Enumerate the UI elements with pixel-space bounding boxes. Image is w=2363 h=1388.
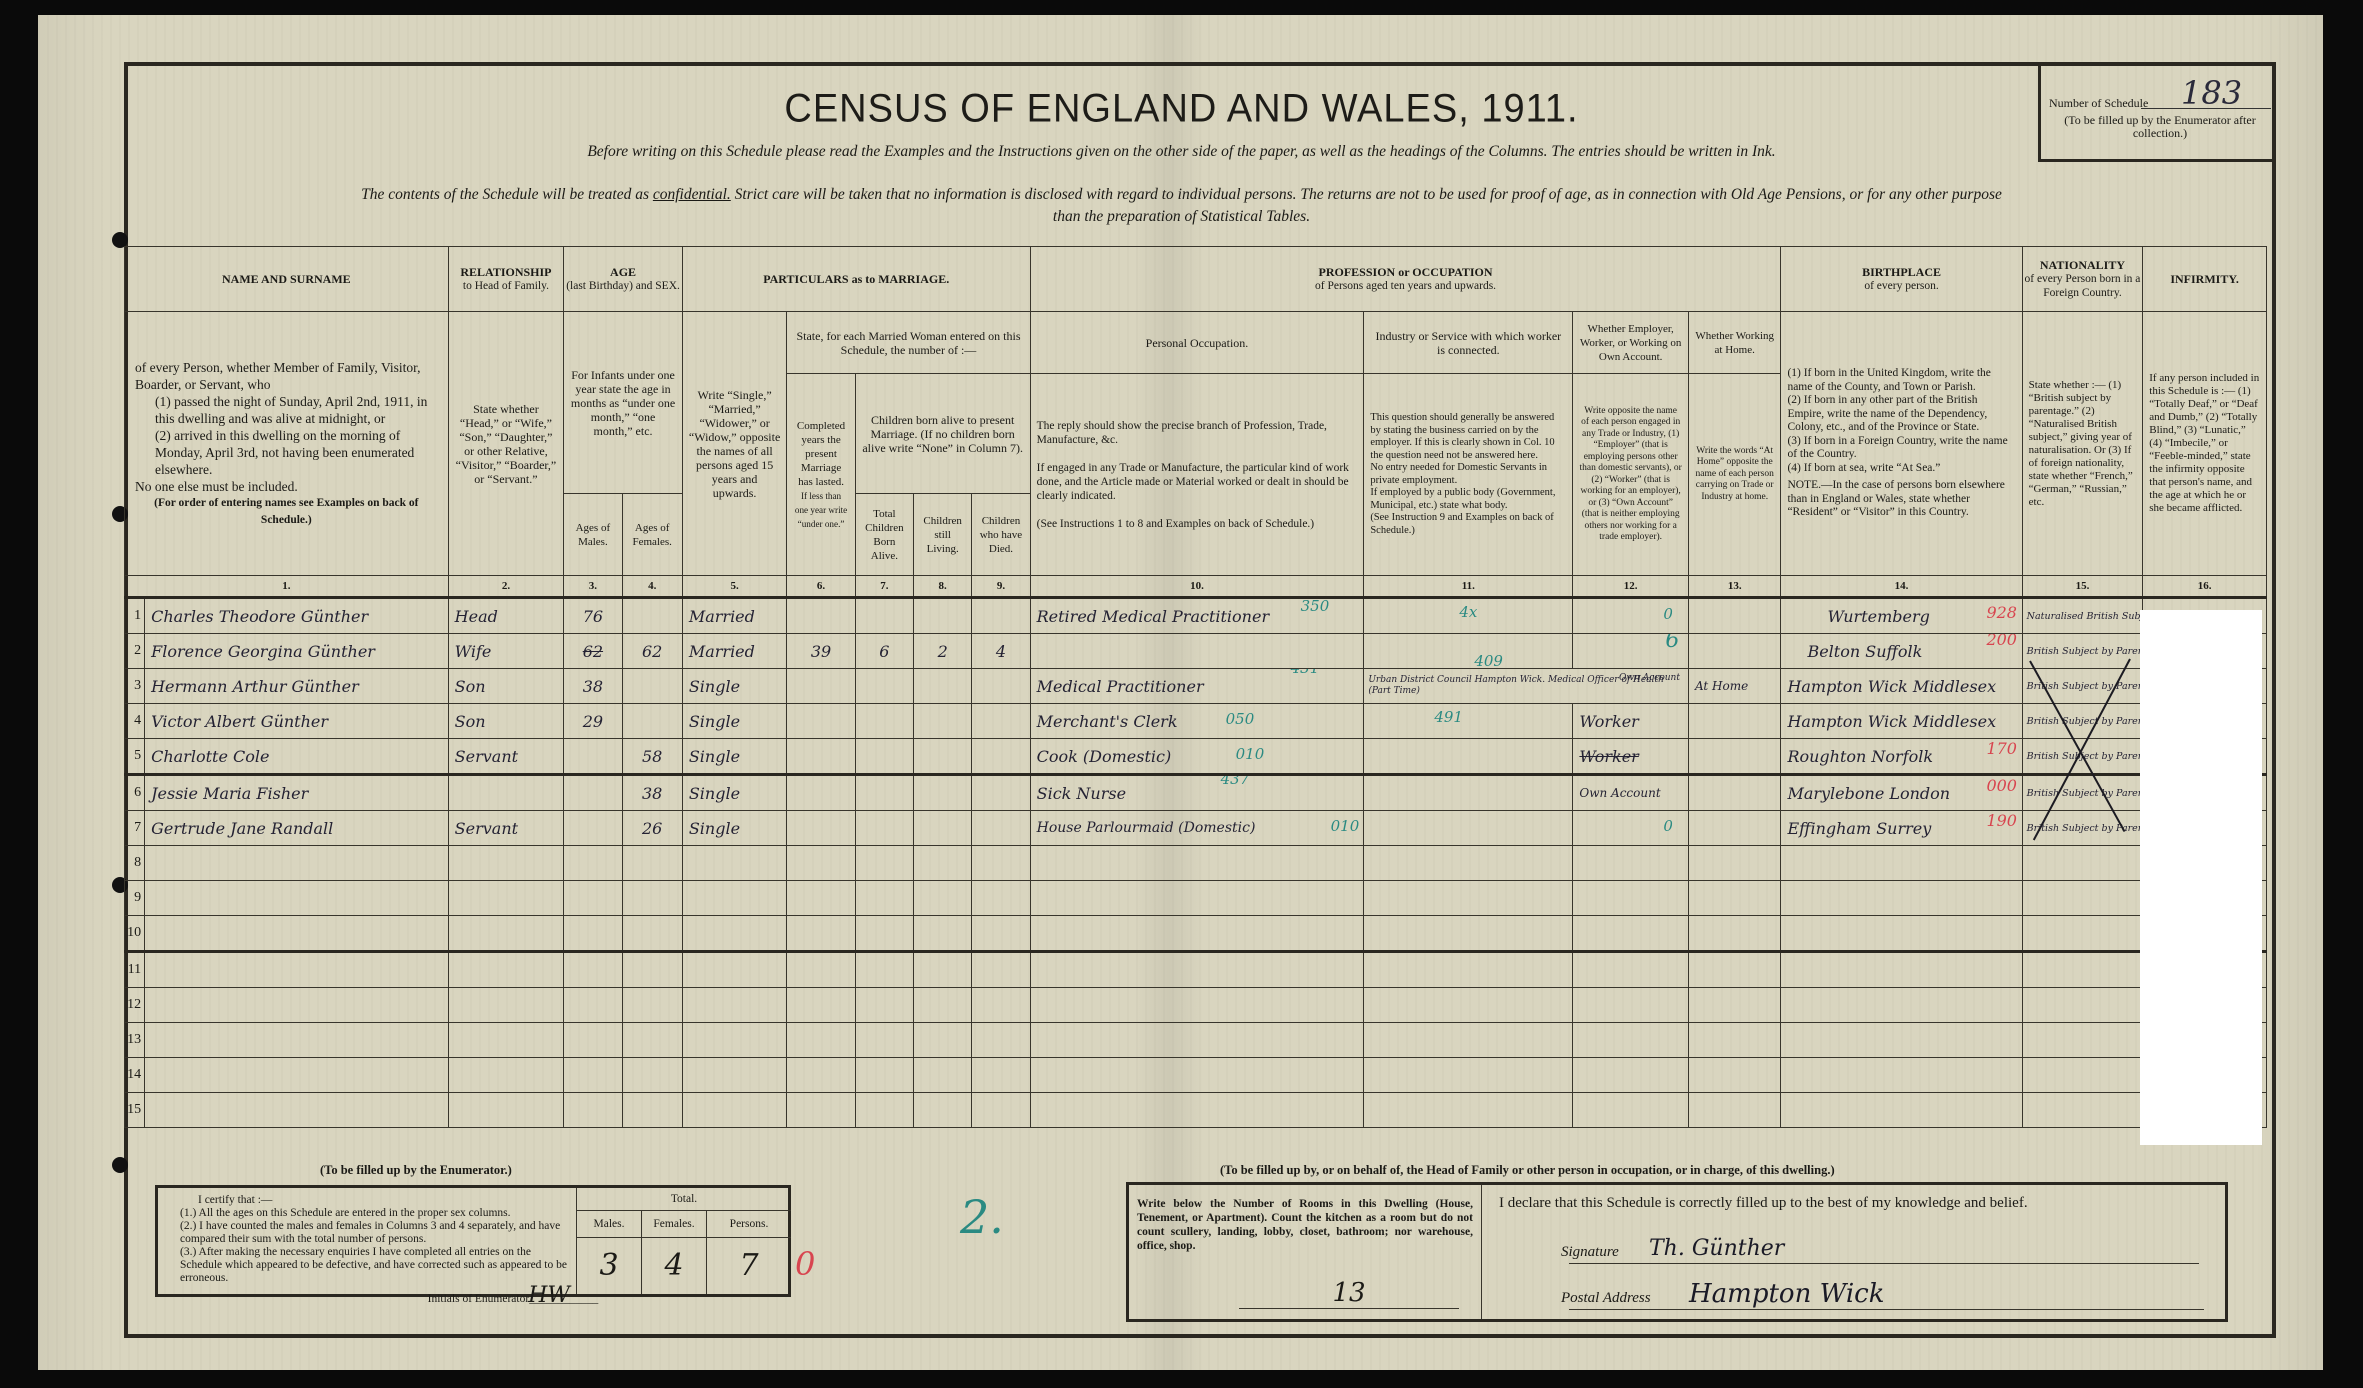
nationality-instructions: State whether :— (1) “British subject by… [2022,312,2143,576]
age-instructions: For Infants under one year state the age… [564,312,683,494]
census-table: NAME AND SURNAME RELATIONSHIPto Head of … [124,246,2267,1128]
industry-cell[interactable]: 4x [1364,598,1573,634]
punch-hole [112,1157,128,1173]
relationship-cell[interactable]: Wife [448,634,564,669]
age-female-cell[interactable]: 38 [622,775,682,811]
schedule-number-box: Number of Schedule 183 (To be filled up … [2038,62,2276,162]
ages-males-heading: Ages of Males. [564,494,622,576]
occupation-cell[interactable]: Merchant's Clerk050 [1030,704,1364,739]
red-mark: 0 [795,1245,815,1283]
name-cell[interactable]: Charlotte Cole [145,739,449,775]
children-instructions: Children born alive to present Marriage.… [855,374,1030,494]
occupation-code: 350 [1301,598,1330,616]
employer-heading: Whether Employer, Worker, or Working on … [1573,312,1689,374]
col-header-marriage: PARTICULARS as to MARRIAGE. [682,247,1030,312]
nationality-cell[interactable]: Naturalised British Subject 18.. [2022,598,2143,634]
table-row: 7 Gertrude Jane Randall Servant 26 Singl… [125,811,2267,846]
employer-cell[interactable]: 6 [1573,634,1689,669]
occupation-cell[interactable]: Cook (Domestic)010 [1030,739,1364,775]
children-died-cell[interactable]: 4 [972,634,1030,669]
age-female-cell[interactable]: 26 [622,811,682,846]
rooms-count[interactable]: 13 [1239,1278,1459,1309]
birthplace-cell[interactable]: Marylebone London000 [1781,775,2022,811]
schedule-note: (To be filled up by the Enumerator after… [2047,114,2273,140]
nationality-cell[interactable]: British Subject by Parentage [2022,704,2143,739]
table-row: 12 [125,988,2267,1023]
industry-cell[interactable]: Urban District Council Hampton Wick. Med… [1364,669,1689,704]
birthplace-cell[interactable]: Wurtemberg928 [1781,598,2022,634]
nationality-cell[interactable]: British Subject by Parentage [2022,669,2143,704]
age-male-cell[interactable]: 38 [564,669,622,704]
personal-occupation-heading: Personal Occupation. [1030,312,1364,374]
children-living-cell[interactable]: 2 [914,634,972,669]
table-row: 15 [125,1093,2267,1128]
relationship-cell[interactable]: Son [448,669,564,704]
condition-cell[interactable]: Single [682,704,787,739]
industry-cell[interactable]: 491 [1364,704,1573,739]
children-living-heading: Children still Living. [914,494,972,576]
occupation-cell[interactable] [1030,634,1364,669]
condition-cell[interactable]: Married [682,634,787,669]
total-children-heading: Total Children Born Alive. [855,494,913,576]
table-row: 10 [125,916,2267,952]
col-header-relationship: RELATIONSHIPto Head of Family. [448,247,564,312]
enumerator-label: (To be filled up by the Enumerator.) [320,1163,512,1178]
postal-address-field[interactable]: Postal Address Hampton Wick [1569,1281,2204,1310]
redacted-area [2140,610,2262,1145]
industry-cell[interactable]: 409 [1364,634,1573,669]
name-cell[interactable]: Jessie Maria Fisher [145,775,449,811]
confidential-line-2: than the preparation of Statistical Tabl… [0,208,2363,226]
children-died-heading: Children who have Died. [972,494,1030,576]
condition-cell[interactable]: Single [682,739,787,775]
employer-instructions: Write opposite the name of each person e… [1573,374,1689,576]
postal-address-value: Hampton Wick [1689,1279,1884,1309]
married-woman-instructions: State, for each Married Woman entered on… [787,312,1030,374]
birthplace-instructions: (1) If born in the United Kingdom, write… [1781,312,2022,576]
head-section-label: (To be filled up by, or on behalf of, th… [1220,1163,1835,1178]
ages-females-heading: Ages of Females. [622,494,682,576]
confidential-word: confidential. [653,186,731,203]
total-males[interactable]: 3 [577,1238,642,1294]
signature-value: Th. Günther [1649,1236,1784,1261]
birthplace-code: 928 [1986,603,2017,622]
total-persons[interactable]: 7 [707,1238,791,1294]
birthplace-cell[interactable]: Effingham Surrey190 [1781,811,2022,846]
table-row: 3 Hermann Arthur Günther Son 38 Single M… [125,669,2267,704]
total-females[interactable]: 4 [642,1238,707,1294]
years-married-cell[interactable]: 39 [787,634,855,669]
industry-cell[interactable] [1364,739,1573,775]
col-header-birthplace: BIRTHPLACEof every person. [1781,247,2022,312]
confidential-line: The contents of the Schedule will be tre… [0,186,2363,204]
schedule-number-label: Number of Schedule [2049,96,2148,111]
condition-instructions: Write “Single,” “Married,” “Widower,” or… [682,312,787,576]
table-row: 11 [125,952,2267,988]
home-heading: Whether Working at Home. [1688,312,1780,374]
age-male-cell[interactable]: 62 [564,634,622,669]
relationship-cell[interactable]: Head [448,598,564,634]
occupation-cell[interactable]: Medical Practitioner431 [1030,669,1364,704]
table-row: 14 [125,1058,2267,1093]
infirmity-instructions: If any person included in this Schedule … [2143,312,2267,576]
name-cell[interactable]: Victor Albert Günther [145,704,449,739]
employer-cell[interactable]: Worker [1573,704,1689,739]
table-row: 1 Charles Theodore Günther Head 76 Marri… [125,598,2267,634]
name-cell[interactable]: Gertrude Jane Randall [145,811,449,846]
employer-cell[interactable]: Worker [1573,739,1689,775]
relationship-cell[interactable]: Servant [448,739,564,775]
green-mark: 2. [960,1190,1004,1244]
years-married-instructions: Completed years the present Marriage has… [787,374,855,576]
birthplace-cell[interactable]: Hampton Wick Middlesex [1781,704,2022,739]
birthplace-cell[interactable]: Hampton Wick Middlesex [1781,669,2022,704]
relationship-instructions: State whether “Head,” or “Wife,” “Son,” … [448,312,564,576]
table-row: 13 [125,1023,2267,1058]
relationship-cell[interactable] [448,775,564,811]
instruction-line: Before writing on this Schedule please r… [0,143,2363,161]
age-male-cell[interactable]: 76 [564,598,622,634]
signature-field[interactable]: Signature Th. Günther [1569,1235,2199,1264]
name-cell[interactable]: Hermann Arthur Günther [145,669,449,704]
table-row: 4 Victor Albert Günther Son 29 Single Me… [125,704,2267,739]
condition-cell[interactable]: Single [682,811,787,846]
condition-cell[interactable]: Single [682,775,787,811]
employer-cell[interactable]: 0 [1573,811,1689,846]
table-row: 8 [125,846,2267,881]
rooms-box: Write below the Number of Rooms in this … [1129,1185,1482,1319]
industry-heading: Industry or Service with which worker is… [1364,312,1573,374]
industry-cell[interactable] [1364,775,1573,811]
table-row: 6 Jessie Maria Fisher 38 Single Sick Nur… [125,775,2267,811]
employer-cell[interactable]: 0 [1573,598,1689,634]
relationship-cell[interactable]: Son [448,704,564,739]
children-total-cell[interactable]: 6 [855,634,913,669]
schedule-number-value[interactable]: 183 [2181,74,2242,112]
col-header-occupation: PROFESSION or OCCUPATIONof Persons aged … [1030,247,1781,312]
col-header-infirmity: INFIRMITY. [2143,247,2267,312]
birthplace-cell[interactable]: Belton Suffolk200 [1781,634,2022,669]
industry-code: 4x [1459,603,1477,621]
relationship-cell[interactable]: Servant [448,811,564,846]
col-header-nationality: NATIONALITYof every Person born in a For… [2022,247,2143,312]
occupation-cell[interactable]: Sick Nurse437 [1030,775,1364,811]
name-cell[interactable]: Charles Theodore Günther [145,598,449,634]
enumerator-initials[interactable]: HW [528,1283,570,1308]
age-female-cell[interactable]: 58 [622,739,682,775]
birthplace-cell[interactable]: Roughton Norfolk170 [1781,739,2022,775]
age-female-cell[interactable]: 62 [622,634,682,669]
condition-cell[interactable]: Single [682,669,787,704]
col-header-age: AGE(last Birthday) and SEX. [564,247,683,312]
table-row: 5 Charlotte Cole Servant 58 Single Cook … [125,739,2267,775]
nationality-cell[interactable]: British Subject by Parentage [2022,775,2143,811]
age-male-cell[interactable]: 29 [564,704,622,739]
industry-cell[interactable] [1364,811,1573,846]
occupation-cell[interactable]: Retired Medical Practitioner350 [1030,598,1364,634]
enumerator-certificate: I certify that :— (1.) All the ages on t… [155,1185,791,1297]
head-declaration-box: Write below the Number of Rooms in this … [1126,1182,2228,1322]
industry-instructions: This question should generally be answer… [1364,374,1573,576]
personal-occupation-instructions: The reply should show the precise branch… [1030,374,1364,576]
occupation-cell[interactable]: House Parlourmaid (Domestic)010 [1030,811,1364,846]
home-instructions: Write the words “At Home” opposite the n… [1688,374,1780,576]
name-instructions: of every Person, whether Member of Famil… [125,312,449,576]
col-header-name: NAME AND SURNAME [125,247,449,312]
condition-cell[interactable]: Married [682,598,787,634]
page-title: CENSUS OF ENGLAND AND WALES, 1911. [0,87,2363,132]
home-cell[interactable]: At Home [1688,669,1780,704]
declaration-text: I declare that this Schedule is correctl… [1499,1195,2028,1212]
table-row: 9 [125,881,2267,916]
age-female-cell[interactable] [622,598,682,634]
name-cell[interactable]: Florence Georgina Günther [145,634,449,669]
nationality-cell[interactable]: British Subject by Parentage [2022,634,2143,669]
employer-cell[interactable]: Own Account [1573,775,1689,811]
totals-grid: Total. Males. Females. Persons. 3 4 7 [576,1188,791,1294]
table-row: 2 Florence Georgina Günther Wife 62 62 M… [125,634,2267,669]
